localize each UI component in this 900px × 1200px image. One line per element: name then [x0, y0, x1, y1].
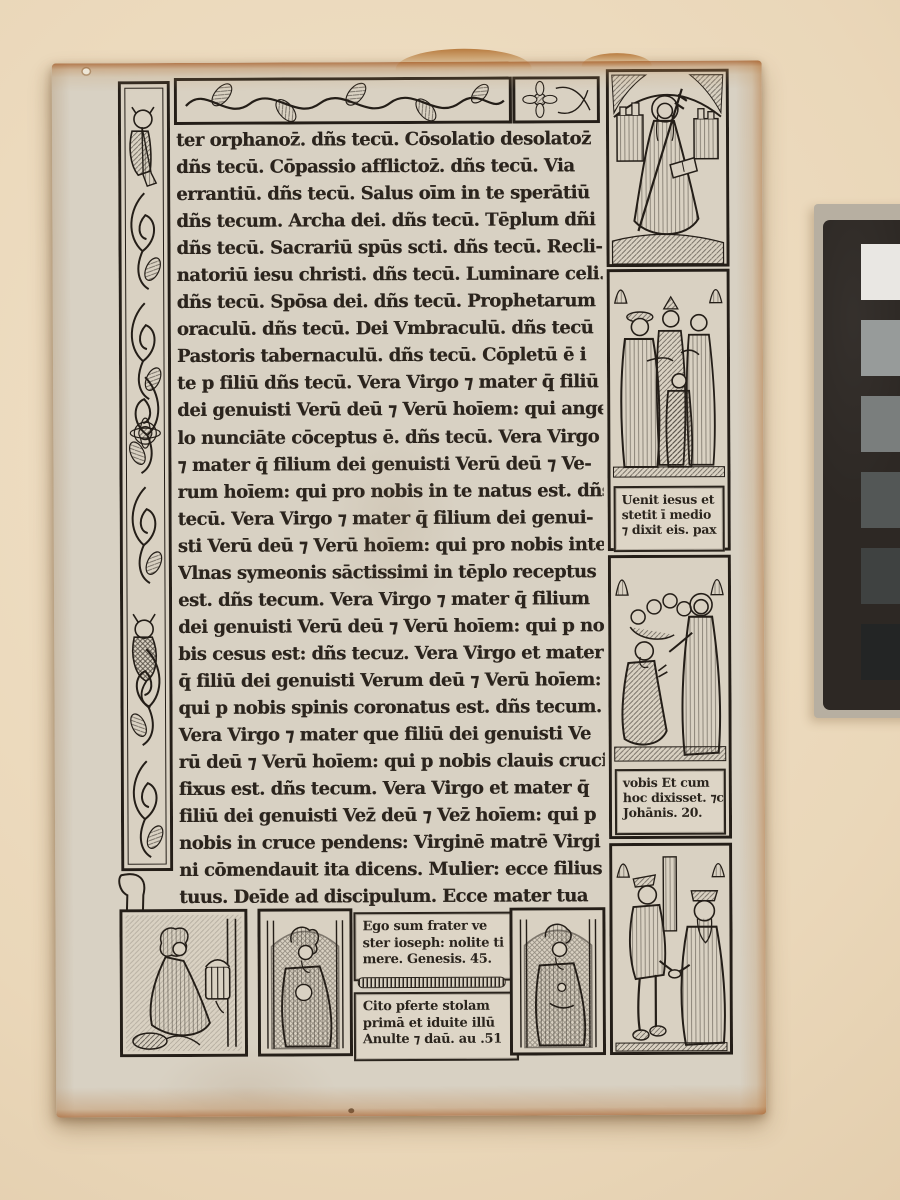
left-ornamental-border	[118, 81, 173, 871]
text-line: ni cōmendauit ita dicens. Mulier: ecce f…	[179, 855, 605, 884]
leaf-deckle-bump	[396, 48, 532, 71]
text-line: nobis in cruce pendens: Virginē matrē Vi…	[179, 828, 605, 857]
caption-line: Ego sum frater ve	[362, 919, 512, 936]
caption-line: ⁊ dixit eis. pax	[622, 522, 719, 537]
text-line: dñs tecum. Archa dei. dñs tecū. Tēplum d…	[176, 206, 602, 235]
saint-head	[657, 103, 672, 118]
prophet-robe	[536, 963, 585, 1045]
wormhole	[83, 68, 90, 74]
text-line: ter orphanoz̄. dñs tecū. Cōsolatio desol…	[176, 125, 602, 154]
woodcut-caption-john20b: vobis Et cum hoc dixisset. ⁊c Johānis. 2…	[615, 769, 726, 835]
caption-line: stetit ī medio	[622, 507, 719, 522]
leaf-deckle-bump	[582, 53, 652, 67]
caption-line: ster ioseph: nolite ti	[363, 935, 513, 952]
stola-quote-box: Cito pferte stolam primā et iduite illū …	[354, 992, 519, 1062]
woodcut-prophet-left	[257, 908, 353, 1056]
caption-line: primā et iduite illū	[363, 1015, 513, 1032]
prophet-robe	[282, 966, 332, 1046]
boy-head	[672, 374, 686, 388]
text-line: bis cesus est: dñs tecuz. Vera Virgo et …	[178, 639, 604, 668]
manuscript-leaf: ter orphanoz̄. dñs tecū. Cōsolatio desol…	[52, 60, 767, 1117]
text-line: Vera Virgo ⁊ mater que filiū dei genuist…	[179, 720, 605, 749]
text-block: ter orphanoz̄. dñs tecū. Cōsolatio desol…	[176, 125, 605, 911]
museum-photograph: { "photo": { "background_color": "#ead7b…	[0, 0, 900, 1200]
prophet-head	[553, 942, 567, 956]
text-line: oraculū. dñs tecū. Dei Vmbraculū. dñs te…	[177, 314, 603, 343]
caption-line: mere. Genesis. 45.	[363, 952, 513, 969]
caption-line: Cito pferte stolam	[363, 999, 513, 1016]
caption-line: vobis Et cum	[623, 775, 720, 790]
crown	[691, 891, 717, 901]
prophet-head	[299, 945, 313, 959]
text-line: rum hoīem: qui pro nobis in te natus est…	[178, 477, 604, 506]
text-line: dñs tecū. Sacrariū spūs scti. dñs tecū. …	[176, 233, 602, 262]
text-line: errantiū. dñs tecū. Salus oīm in te sper…	[176, 179, 602, 208]
fly-speck	[348, 1108, 354, 1113]
top-ornamental-band	[174, 76, 600, 125]
text-line: te p filiū dñs tecū. Vera Virgo ⁊ mater …	[177, 369, 603, 398]
text-line: dñs tecū. Spōsa dei. dñs tecū. Prophetar…	[177, 287, 603, 316]
text-line: Pastoris tabernaculū. dñs tecū. Cōpletū …	[177, 342, 603, 371]
text-line: dei genuisti Verū deū ⁊ Verū hoīem: qui …	[178, 612, 604, 641]
woodcut-saint-with-book	[606, 69, 730, 268]
text-line: lo nunciāte cōceptus ē. dñs tecū. Vera V…	[177, 423, 603, 452]
woodcut-sibyl-with-lantern	[119, 909, 248, 1058]
text-line: Vlnas symeonis sāctissimi in tēplo recep…	[178, 558, 604, 587]
gray-patch-4	[861, 472, 900, 528]
castle-left	[617, 115, 643, 161]
gray-patch-3	[861, 396, 900, 452]
christ-head	[694, 600, 708, 614]
text-line: fixus est. dñs tecum. Vera Virgo et mate…	[179, 774, 605, 803]
woodcut-caption-john20a: Uenit iesus et stetit ī medio ⁊ dixit ei…	[614, 486, 725, 552]
woodcut-prophet-right	[509, 907, 606, 1055]
woodcut-two-men-clasping-hands	[609, 843, 733, 1056]
kneeling-man-head	[635, 642, 653, 660]
text-line: dñs tecū. Cōpassio afflictoz̄. dñs tecū.…	[176, 152, 602, 181]
calibration-strip	[823, 220, 900, 710]
caption-line: hoc dixisset. ⁊c	[623, 790, 720, 805]
text-line: q̄ filiū dei genuisti Verum deū ⁊ Verū h…	[178, 666, 604, 695]
clasp	[296, 984, 312, 1000]
gray-patch-5	[861, 548, 900, 604]
text-line: natoriū iesu christi. dñs tecū. Luminare…	[177, 260, 603, 289]
joseph-quote-box: Ego sum frater ve ster ioseph: nolite ti…	[353, 912, 518, 982]
text-line: ⁊ mater q̄ filium dei genuisti Verū deū …	[177, 450, 603, 479]
clasped-hands	[669, 970, 681, 978]
caption-line: Johānis. 20.	[623, 805, 720, 820]
cross-post	[663, 857, 676, 931]
text-line: filiū dei genuisti Vez̄ deū ⁊ Vez̄ hoīem…	[179, 801, 605, 830]
kings-robe	[681, 927, 725, 1045]
figure-cloak	[621, 339, 660, 467]
sibyl-head	[173, 942, 186, 955]
text-line: rū deū ⁊ Verū hoīem: qui p nobis clauis …	[179, 747, 605, 776]
creature	[133, 1033, 167, 1049]
text-line: tecū. Vera Virgo ⁊ mater q̄ filium dei g…	[178, 504, 604, 533]
jacket	[630, 905, 666, 979]
text-line: sti Verū deū ⁊ Verū hoīem: qui pro nobis…	[178, 531, 604, 560]
scroll-rod-divider	[358, 977, 506, 989]
gray-patch-2	[861, 320, 900, 376]
text-line: est. dñs tecum. Vera Virgo ⁊ mater q̄ fi…	[178, 585, 604, 614]
caption-line: Anulte ⁊ daū. au .51	[363, 1032, 513, 1049]
gray-patch-6	[861, 624, 900, 680]
caption-line: Uenit iesus et	[622, 492, 719, 507]
gray-patch-1	[861, 244, 900, 300]
grayscale-calibration-card	[814, 204, 900, 718]
castle-right	[694, 119, 718, 159]
text-line: dei genuisti Verū deū ⁊ Verū hoīem: qui …	[177, 396, 603, 425]
text-line: qui p nobis spinis coronatus est. dñs te…	[178, 693, 604, 722]
